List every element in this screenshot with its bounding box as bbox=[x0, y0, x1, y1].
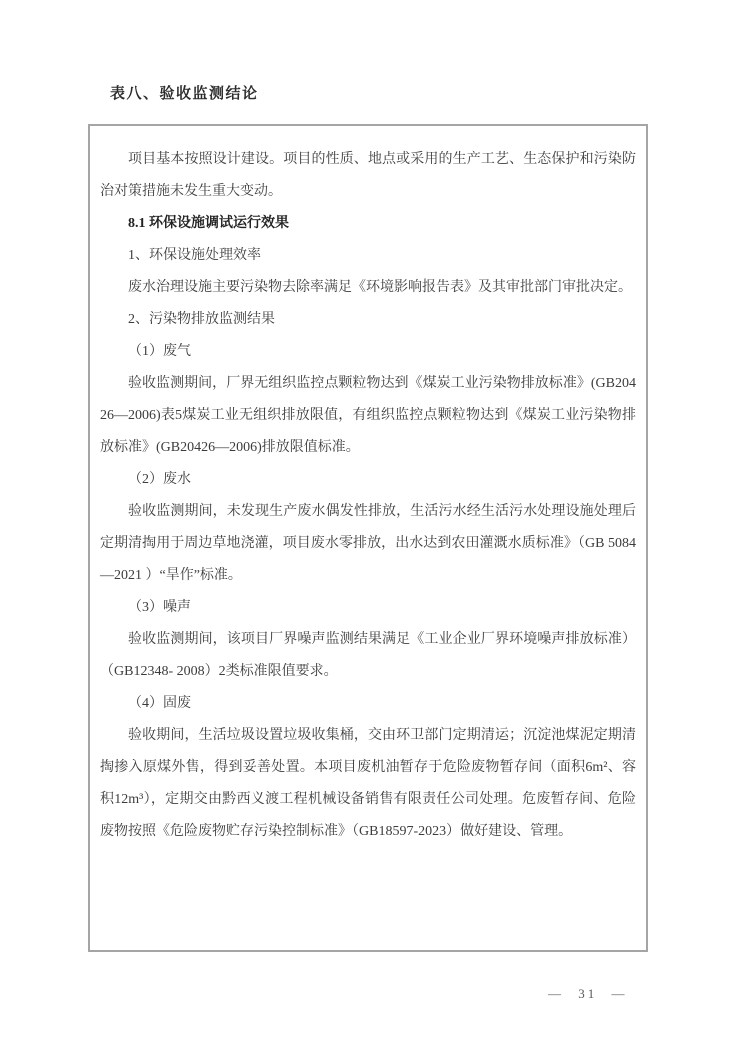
paragraph: 验收监测期间，该项目厂界噪声监测结果满足《工业企业厂界环境噪声排放标准）（GB1… bbox=[100, 624, 636, 688]
paragraph: 验收期间，生活垃圾设置垃圾收集桶，交由环卫部门定期清运；沉淀池煤泥定期清掏掺入原… bbox=[100, 720, 636, 848]
paragraph: 2、污染物排放监测结果 bbox=[100, 304, 636, 336]
page-title: 表八、验收监测结论 bbox=[110, 82, 259, 103]
paragraph: 项目基本按照设计建设。项目的性质、地点或采用的生产工艺、生态保护和污染防治对策措… bbox=[100, 144, 636, 208]
paragraph: 废水治理设施主要污染物去除率满足《环境影响报告表》及其审批部门审批决定。 bbox=[100, 272, 636, 304]
paragraph: 验收监测期间，未发现生产废水偶发性排放，生活污水经生活污水处理设施处理后定期清掏… bbox=[100, 496, 636, 592]
paragraph: （1）废气 bbox=[100, 336, 636, 368]
paragraph: （2）废水 bbox=[100, 464, 636, 496]
content-box: 项目基本按照设计建设。项目的性质、地点或采用的生产工艺、生态保护和污染防治对策措… bbox=[88, 124, 648, 952]
document-body: 项目基本按照设计建设。项目的性质、地点或采用的生产工艺、生态保护和污染防治对策措… bbox=[100, 144, 636, 848]
paragraph: 1、环保设施处理效率 bbox=[100, 240, 636, 272]
paragraph: （4）固废 bbox=[100, 688, 636, 720]
paragraph: 验收监测期间，厂界无组织监控点颗粒物达到《煤炭工业污染物排放标准》(GB2042… bbox=[100, 368, 636, 464]
paragraph: （3）噪声 bbox=[100, 592, 636, 624]
section-heading: 8.1 环保设施调试运行效果 bbox=[100, 208, 636, 240]
page-number: — 31 — bbox=[548, 986, 628, 1002]
